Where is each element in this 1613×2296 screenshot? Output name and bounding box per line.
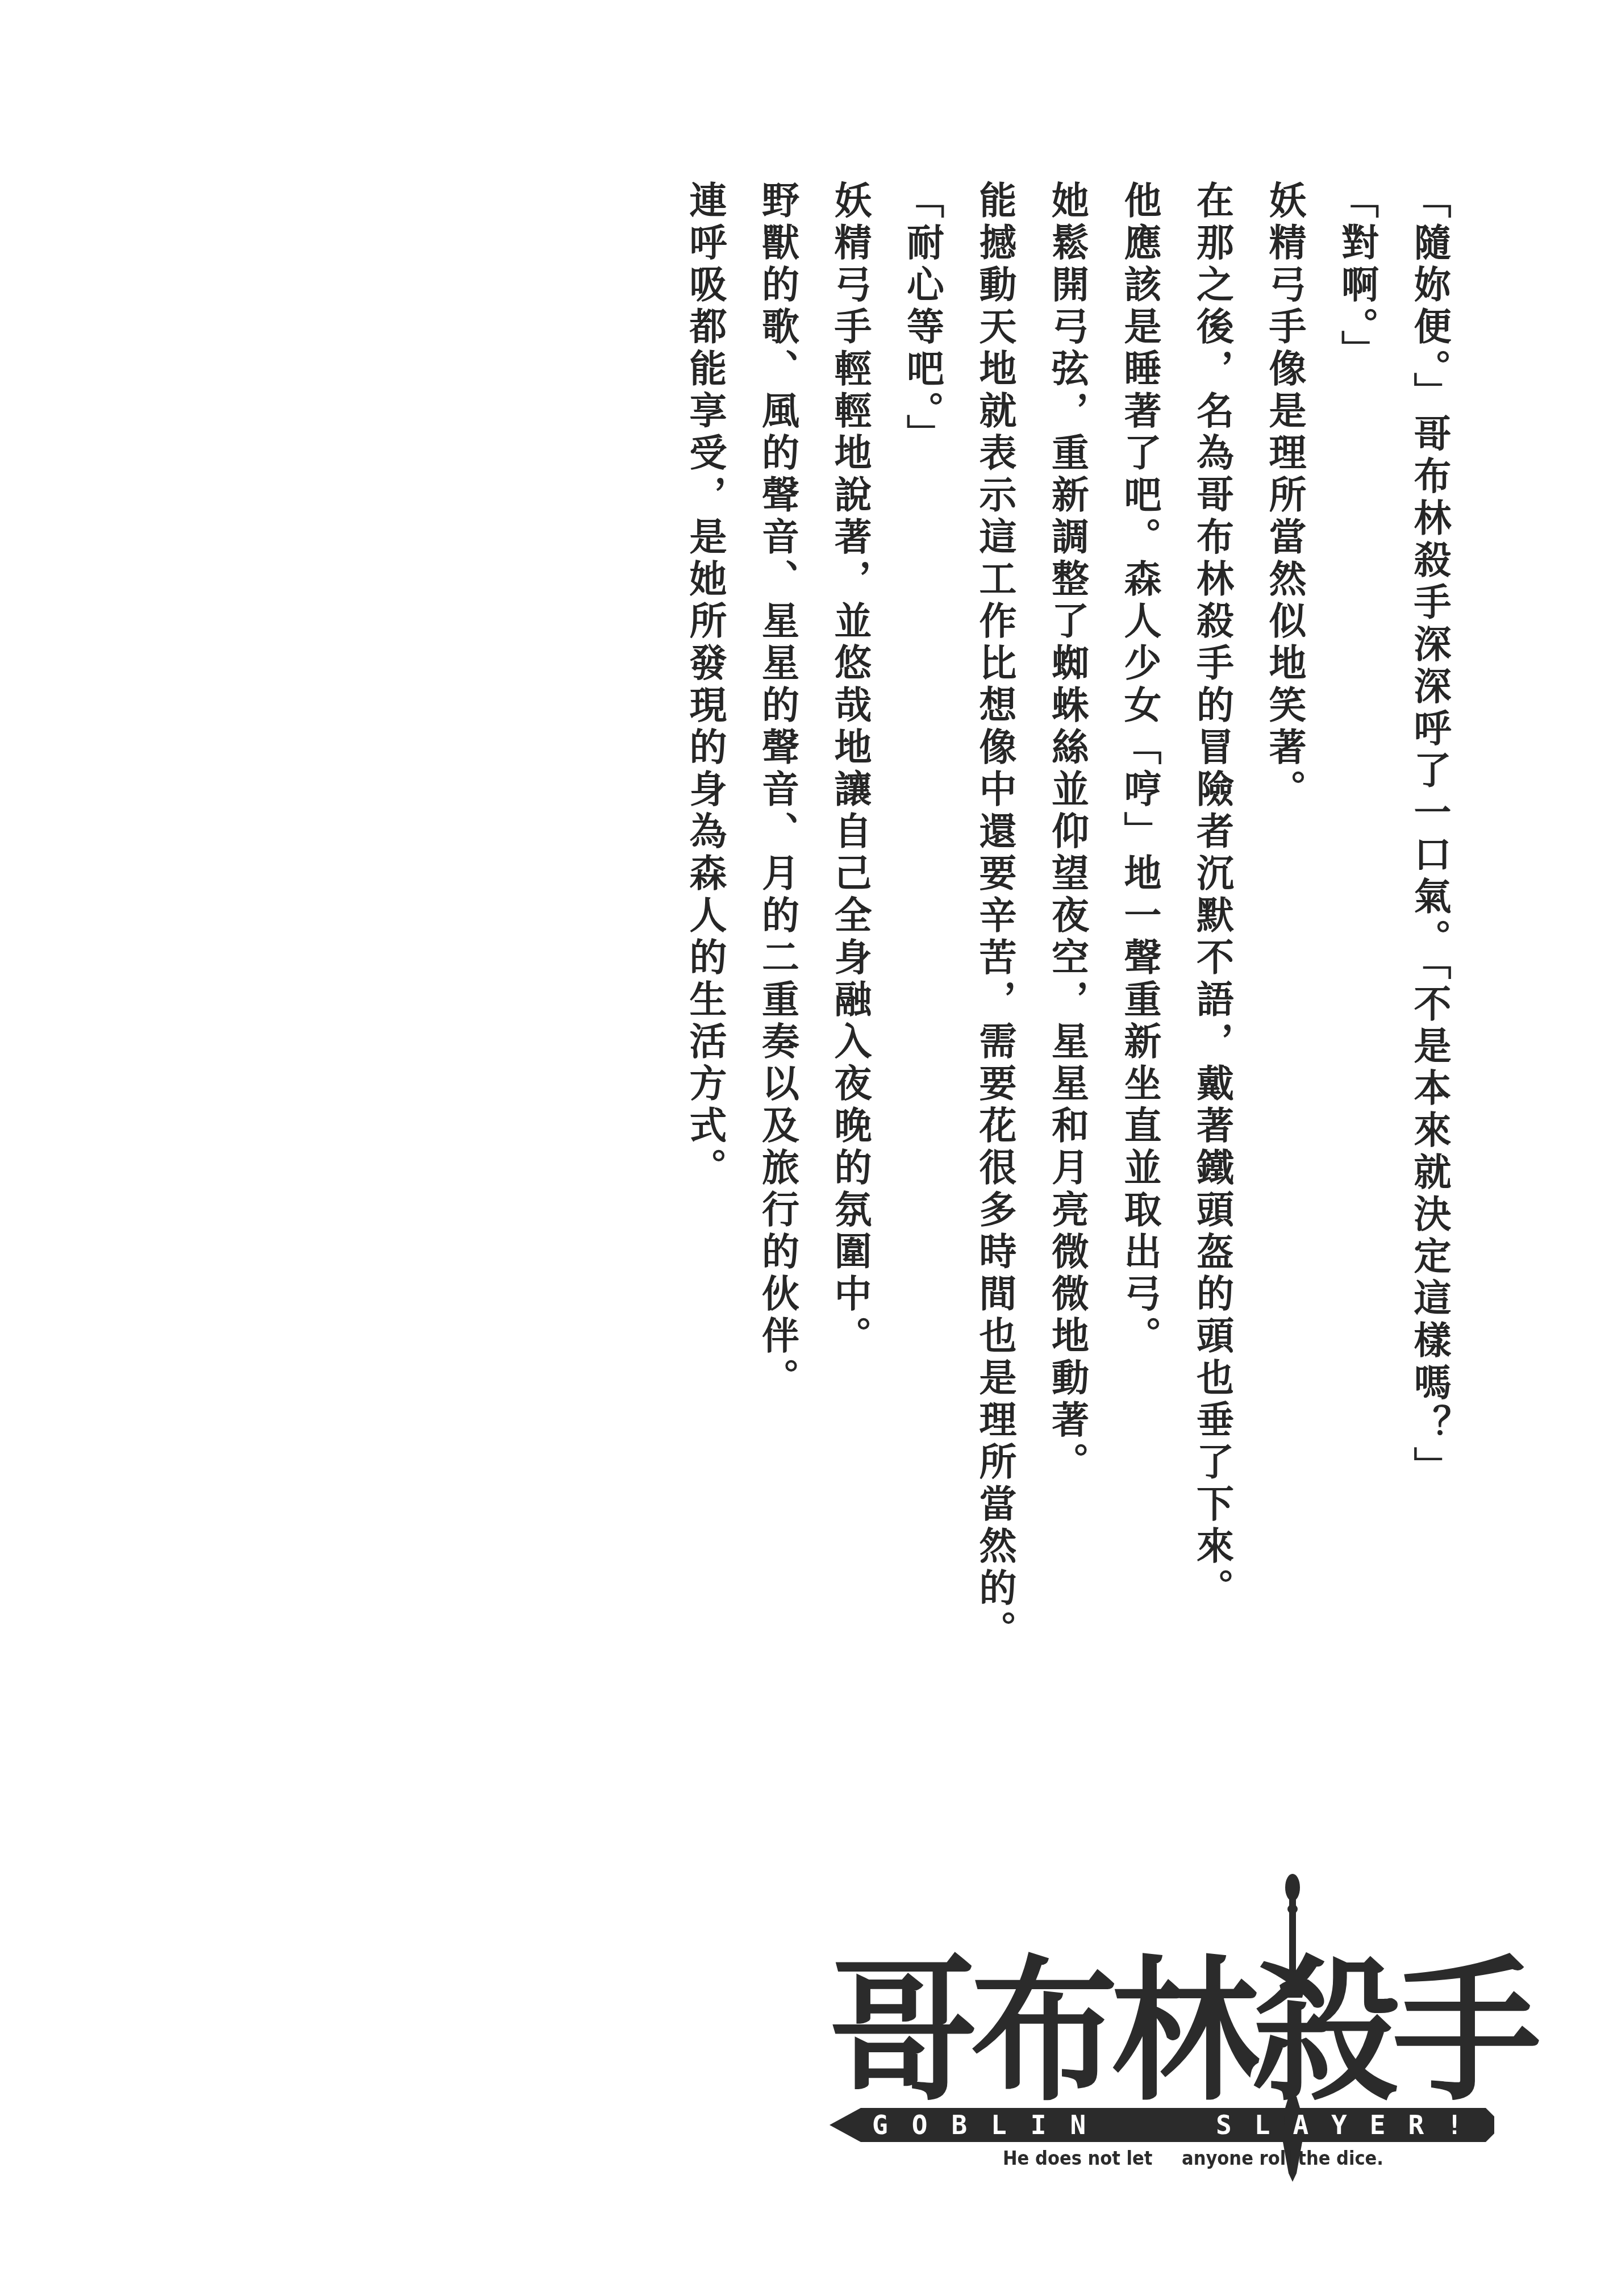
goblin-slayer-logo: 哥布林殺手 GOBLIN SLAYER! He does not let any… (818, 1864, 1494, 2182)
text-column-8: 「耐心等吧。」 (886, 181, 958, 1669)
book-page: 「隨妳便。」哥布林殺手深深呼了一口氣。「不是本來就決定這樣嗎？」 「對啊。」 妖… (0, 0, 1613, 2296)
logo-banner-slayer: SLAYER! (1216, 2108, 1485, 2142)
text-column-5: 他應該是睡著了吧。森人少女「哼」地一聲重新坐直並取出弓。 (1103, 181, 1176, 1669)
text-column-9: 妖精弓手輕輕地說著，並悠哉地讓自己全身融入夜晚的氛圍中。 (814, 181, 886, 1669)
logo-tagline-left: He does not let (1003, 2146, 1152, 2171)
text-column-10: 野獸的歌、風的聲音、星星的聲音、月的二重奏以及旅行的伙伴。 (741, 181, 814, 1669)
vertical-body-text: 「隨妳便。」哥布林殺手深深呼了一口氣。「不是本來就決定這樣嗎？」 「對啊。」 妖… (669, 181, 1466, 1669)
logo-banner-goblin: GOBLIN (872, 2108, 1110, 2142)
text-column-6: 她鬆開弓弦，重新調整了蜘蛛絲並仰望夜空，星星和月亮微微地動著。 (1031, 181, 1103, 1669)
text-column-7: 能撼動天地就表示這工作比想像中還要辛苦，需要花很多時間也是理所當然的。 (958, 181, 1031, 1669)
text-column-4: 在那之後，名為哥布林殺手的冒險者沉默不語，戴著鐵頭盔的頭也垂了下來。 (1176, 181, 1248, 1669)
text-column-11: 連呼吸都能享受，是她所發現的身為森人的生活方式。 (669, 181, 741, 1669)
text-column-1: 「隨妳便。」哥布林殺手深深呼了一口氣。「不是本來就決定這樣嗎？」 (1393, 181, 1466, 1669)
logo-tagline-right: anyone roll the dice. (1182, 2146, 1383, 2171)
text-column-2: 「對啊。」 (1320, 181, 1393, 1669)
text-column-3: 妖精弓手像是理所當然似地笑著。 (1248, 181, 1321, 1669)
logo-title-chinese: 哥布林殺手 (830, 1949, 1494, 2116)
